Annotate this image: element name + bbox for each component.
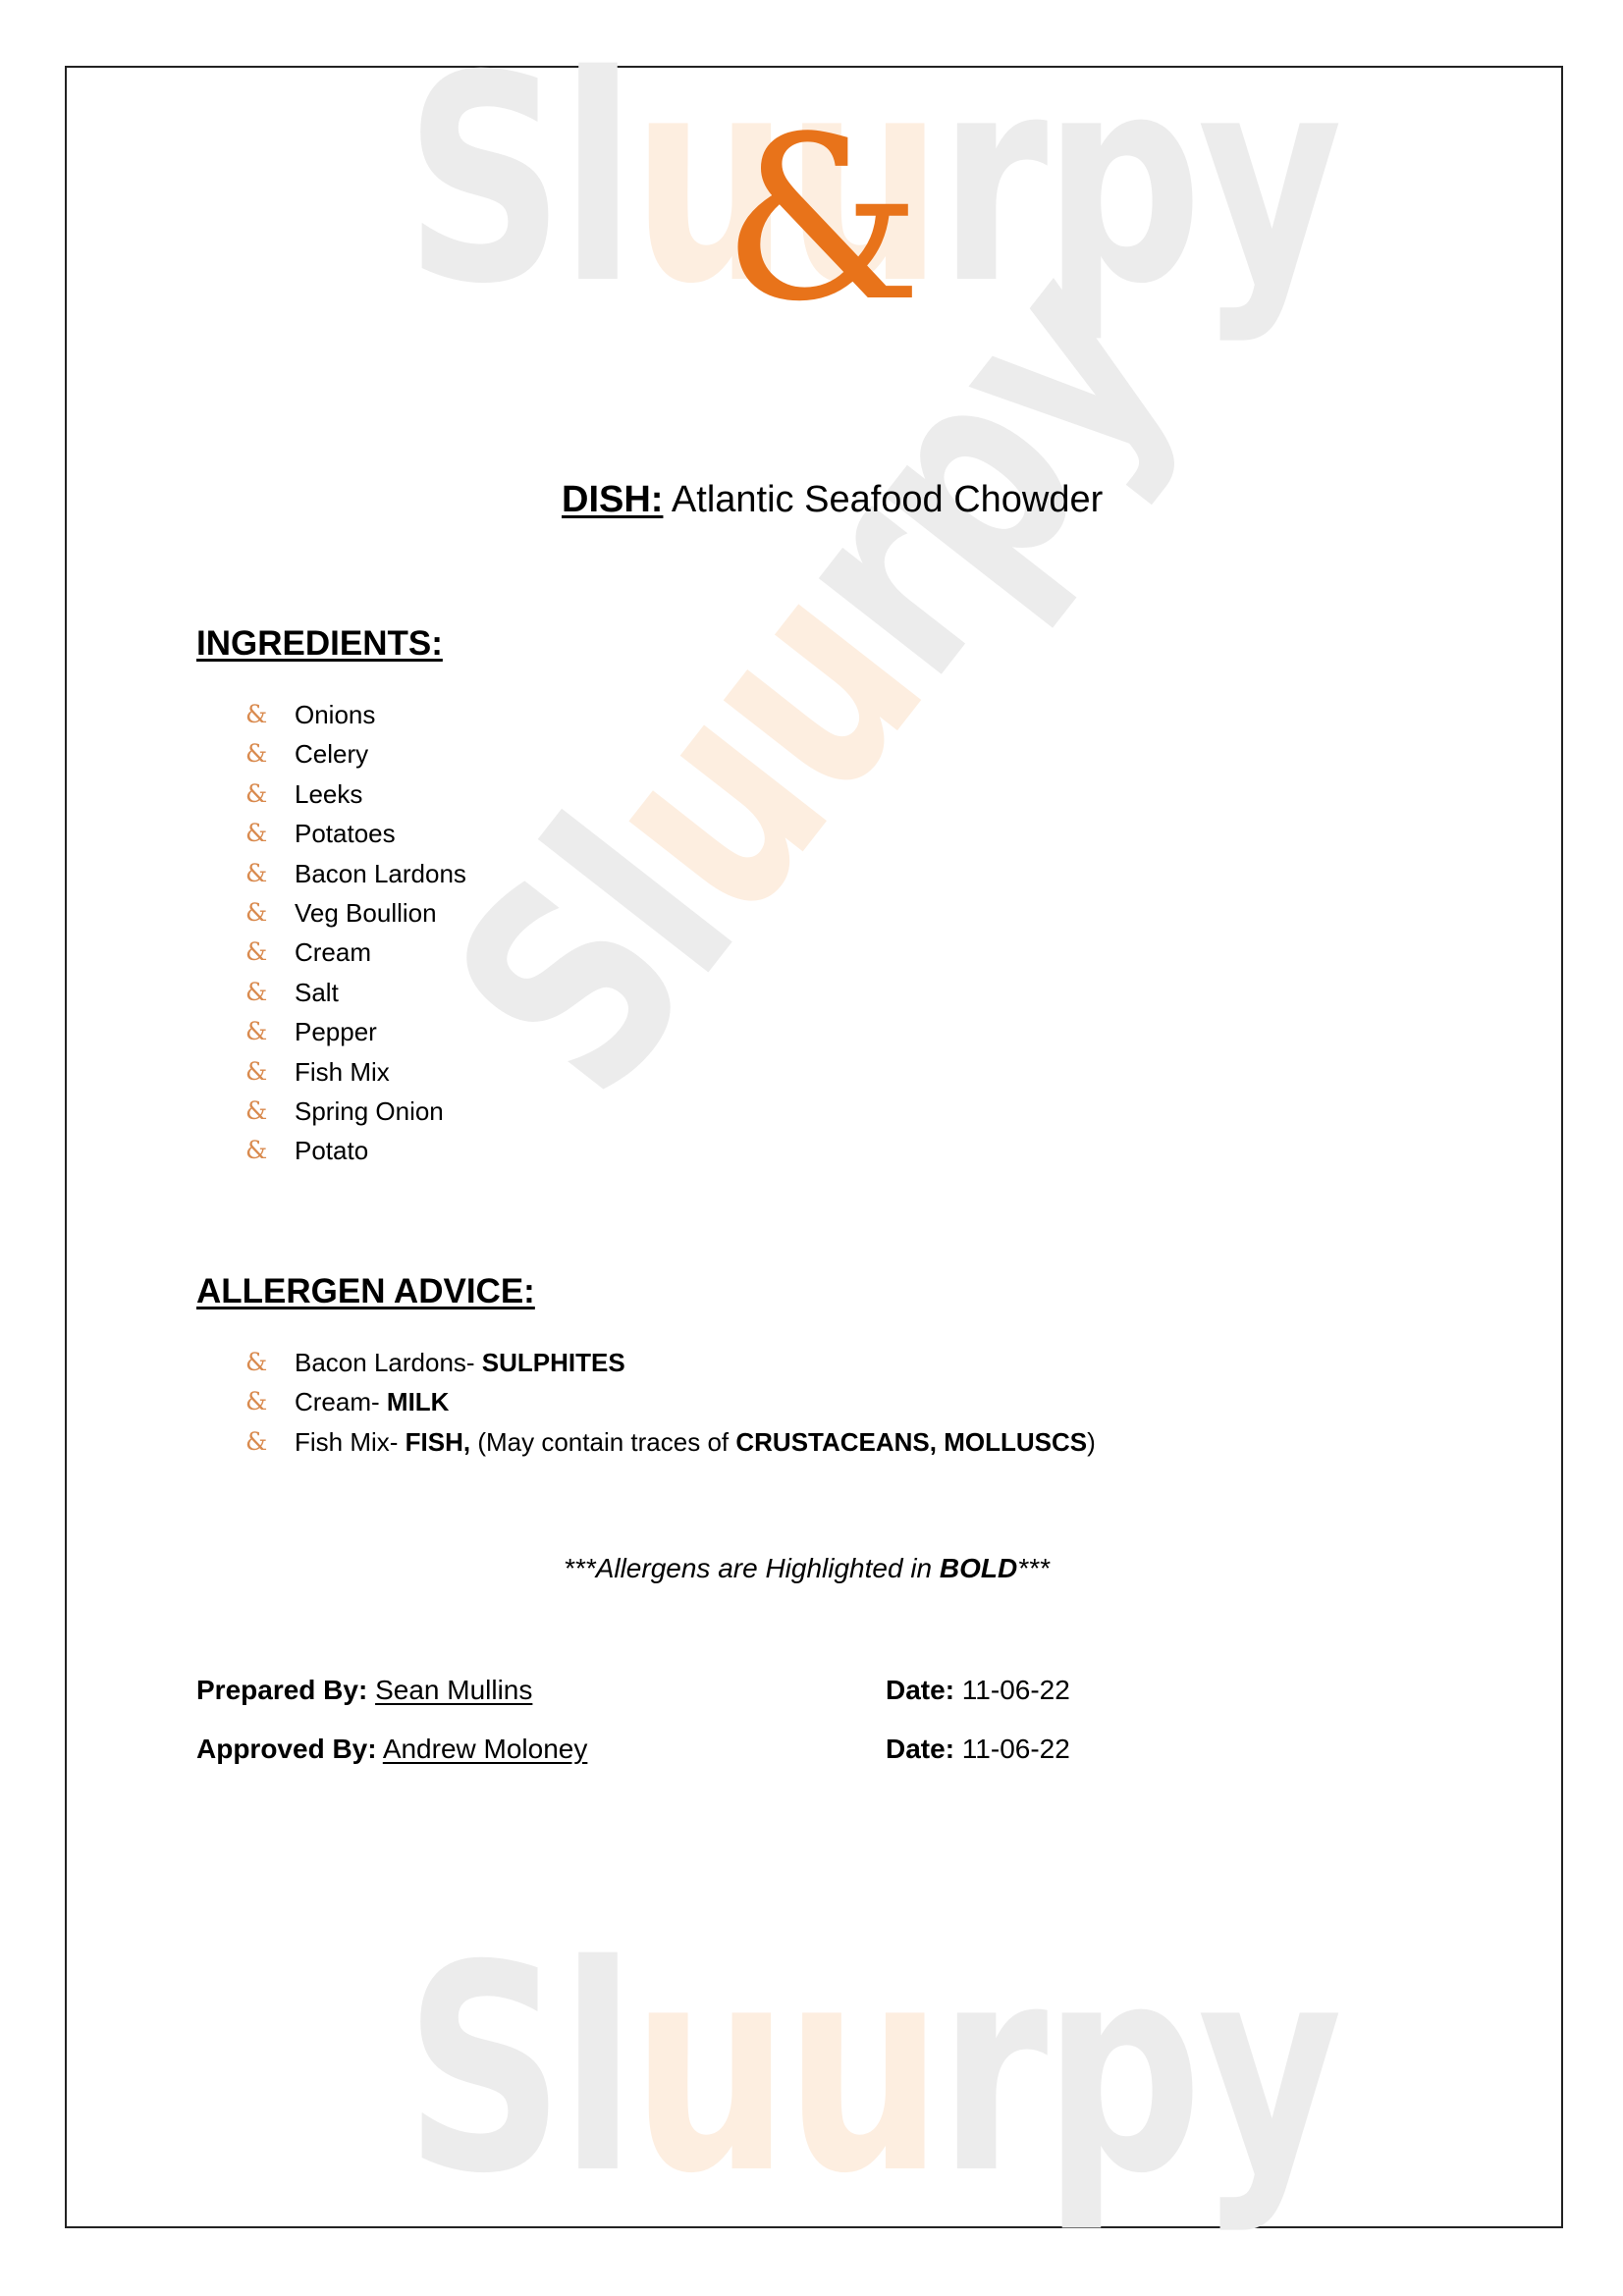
watermark-bottom: Sluurpy: [405, 1929, 1338, 2214]
ampersand-bullet-icon: &: [245, 774, 295, 814]
ingredient-name: Potato: [295, 1131, 368, 1170]
approved-date: Date: 11-06-22: [886, 1734, 1070, 1765]
ingredient-name: Bacon Lardons: [295, 854, 466, 893]
list-item: &Onions: [245, 695, 466, 734]
prepared-name: Sean Mullins: [375, 1675, 532, 1705]
ingredients-list: &Onions&Celery&Leeks&Potatoes&Bacon Lard…: [245, 695, 466, 1171]
ampersand-bullet-icon: &: [245, 814, 295, 853]
list-item: &Bacon Lardons: [245, 854, 466, 893]
allergen-text: Fish Mix- FISH, (May contain traces of C…: [295, 1422, 1096, 1462]
ingredient-name: Leeks: [295, 774, 362, 814]
list-item: &Leeks: [245, 774, 466, 814]
list-item: &Potato: [245, 1131, 466, 1170]
watermark-text: Sl: [405, 16, 631, 347]
ampersand-bullet-icon: &: [245, 933, 295, 972]
allergen-name: MILK: [387, 1387, 450, 1416]
list-item: &Cream- MILK: [245, 1382, 1096, 1421]
ampersand-bullet-icon: &: [245, 734, 295, 774]
prepared-date: Date: 11-06-22: [886, 1675, 1070, 1706]
ampersand-bullet-icon: &: [245, 854, 295, 893]
dish-title: DISH: Atlantic Seafood Chowder: [562, 479, 1103, 521]
watermark-text: rpy: [939, 1905, 1338, 2236]
prepared-label: Prepared By:: [196, 1675, 367, 1705]
allergen-text: Cream- MILK: [295, 1382, 449, 1421]
allergen-name: FISH,: [406, 1427, 470, 1457]
list-item: &Fish Mix: [245, 1052, 466, 1092]
list-item: &Bacon Lardons- SULPHITES: [245, 1343, 1096, 1382]
ampersand-logo-icon: &: [722, 108, 923, 334]
ingredient-name: Veg Boullion: [295, 893, 437, 933]
ampersand-bullet-icon: &: [245, 1422, 295, 1462]
allergen-text: Bacon Lardons- SULPHITES: [295, 1343, 625, 1382]
note-text: ***Allergens are Highlighted in: [564, 1553, 940, 1583]
allergen-detail: (May contain traces of: [470, 1427, 735, 1457]
list-item: &Veg Boullion: [245, 893, 466, 933]
ingredient-name: Spring Onion: [295, 1092, 444, 1131]
ampersand-bullet-icon: &: [245, 1131, 295, 1170]
list-item: &Cream: [245, 933, 466, 972]
ingredient-name: Celery: [295, 734, 368, 774]
allergen-heading: ALLERGEN ADVICE:: [196, 1272, 535, 1311]
ampersand-bullet-icon: &: [245, 1012, 295, 1051]
allergen-source: Cream-: [295, 1387, 387, 1416]
ingredient-name: Pepper: [295, 1012, 377, 1051]
allergen-name: CRUSTACEANS, MOLLUSCS: [735, 1427, 1087, 1457]
ingredient-name: Cream: [295, 933, 371, 972]
ingredients-heading: INGREDIENTS:: [196, 624, 443, 664]
approved-label: Approved By:: [196, 1734, 377, 1764]
prepared-by: Prepared By: Sean Mullins: [196, 1675, 532, 1706]
ampersand-bullet-icon: &: [245, 973, 295, 1012]
note-text: ***: [1017, 1553, 1050, 1583]
allergen-name: SULPHITES: [482, 1348, 625, 1377]
allergen-detail: ): [1087, 1427, 1096, 1457]
ampersand-bullet-icon: &: [245, 695, 295, 734]
ampersand-bullet-icon: &: [245, 1382, 295, 1421]
list-item: &Potatoes: [245, 814, 466, 853]
watermark-text: uu: [631, 1905, 939, 2236]
ingredient-name: Potatoes: [295, 814, 396, 853]
allergen-source: Bacon Lardons-: [295, 1348, 482, 1377]
list-item: &Fish Mix- FISH, (May contain traces of …: [245, 1422, 1096, 1462]
allergen-list: &Bacon Lardons- SULPHITES&Cream- MILK&Fi…: [245, 1343, 1096, 1462]
date-value: 11-06-22: [962, 1734, 1070, 1764]
dish-label: DISH:: [562, 479, 663, 520]
watermark-text: Sl: [405, 1905, 631, 2236]
allergen-source: Fish Mix-: [295, 1427, 406, 1457]
list-item: &Spring Onion: [245, 1092, 466, 1131]
date-label: Date:: [886, 1734, 954, 1764]
dish-name: Atlantic Seafood Chowder: [672, 479, 1103, 520]
approved-by: Approved By: Andrew Moloney: [196, 1734, 587, 1765]
ingredient-name: Fish Mix: [295, 1052, 390, 1092]
list-item: &Pepper: [245, 1012, 466, 1051]
date-value: 11-06-22: [962, 1675, 1070, 1705]
ingredient-name: Onions: [295, 695, 375, 734]
note-bold: BOLD: [940, 1553, 1017, 1583]
ampersand-bullet-icon: &: [245, 1052, 295, 1092]
ampersand-bullet-icon: &: [245, 893, 295, 933]
date-label: Date:: [886, 1675, 954, 1705]
approved-name: Andrew Moloney: [383, 1734, 588, 1764]
list-item: &Celery: [245, 734, 466, 774]
list-item: &Salt: [245, 973, 466, 1012]
allergen-note: ***Allergens are Highlighted in BOLD***: [564, 1553, 1050, 1584]
ampersand-bullet-icon: &: [245, 1092, 295, 1131]
ingredient-name: Salt: [295, 973, 339, 1012]
ampersand-bullet-icon: &: [245, 1343, 295, 1382]
